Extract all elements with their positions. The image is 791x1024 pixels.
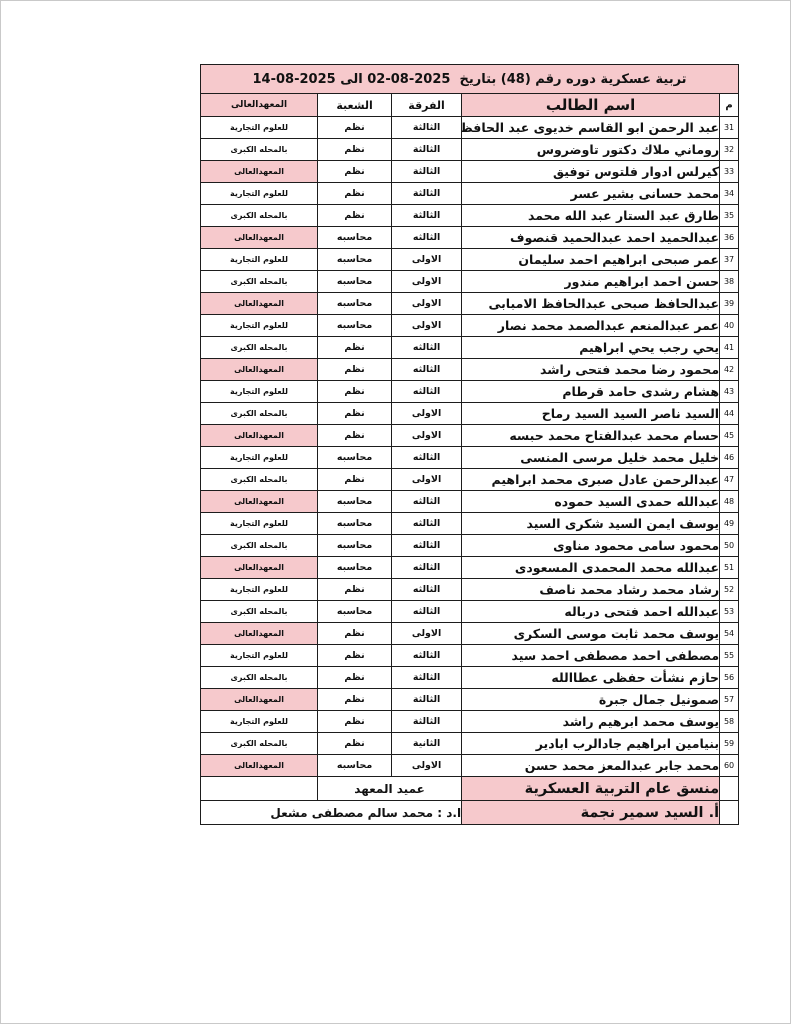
section-cell: نظم — [318, 645, 392, 667]
grade-cell: الاولى — [392, 271, 462, 293]
student-name-cell: محمود سامى محمود مناوى — [462, 535, 720, 557]
institute-cell: بالمحله الكبرى — [201, 205, 318, 227]
table-row: 53 عبدالله احمد فتحى درباله الثالثه محاس… — [201, 601, 739, 623]
student-name-cell: عبدالحميد احمد عبدالحميد قنصوف — [462, 227, 720, 249]
row-number-cell: 33 — [720, 161, 739, 183]
institute-cell: للعلوم التجارية — [201, 645, 318, 667]
grade-cell: الثالثة — [392, 689, 462, 711]
student-name-cell: كيرلس ادوار فلتوس توفيق — [462, 161, 720, 183]
grade-cell: الثالثة — [392, 183, 462, 205]
institute-cell: للعلوم التجارية — [201, 381, 318, 403]
institute-cell: بالمحله الكبرى — [201, 469, 318, 491]
institute-cell: المعهدالعالى — [201, 227, 318, 249]
student-name-cell: عبدالله احمد فتحى درباله — [462, 601, 720, 623]
grade-cell: الاولى — [392, 425, 462, 447]
table-row: 33 كيرلس ادوار فلتوس توفيق الثالثة نظم ا… — [201, 161, 739, 183]
grade-cell: الاولى — [392, 249, 462, 271]
course-title-row: تربية عسكرية دوره رقم (48) بتاريخ 2025-0… — [201, 65, 739, 94]
student-name-cell: عمر عبدالمنعم عبدالصمد محمد نصار — [462, 315, 720, 337]
student-name-cell: خليل محمد خليل مرسى المنسى — [462, 447, 720, 469]
column-header-grade: الفرقة — [392, 94, 462, 117]
section-cell: نظم — [318, 139, 392, 161]
coordinator-name: أ. السيد سمير نجمة — [462, 801, 720, 825]
institute-cell: بالمحله الكبرى — [201, 733, 318, 755]
student-name-cell: يوسف محمد ابرهيم راشد — [462, 711, 720, 733]
section-cell: نظم — [318, 469, 392, 491]
grade-cell: الثالثه — [392, 513, 462, 535]
grade-cell: الثالثة — [392, 711, 462, 733]
grade-cell: الثالثه — [392, 601, 462, 623]
student-name-cell: مصطفى احمد مصطفى احمد سيد — [462, 645, 720, 667]
row-number-cell: 51 — [720, 557, 739, 579]
section-cell: محاسبه — [318, 557, 392, 579]
institute-cell: للعلوم التجارية — [201, 579, 318, 601]
section-cell: محاسبه — [318, 513, 392, 535]
grade-cell: الثالثة — [392, 139, 462, 161]
row-number-cell: 40 — [720, 315, 739, 337]
section-cell: محاسبه — [318, 293, 392, 315]
student-name-cell: حازم نشأت حفظى عطاالله — [462, 667, 720, 689]
student-name-cell: محمد حسانى بشير عسر — [462, 183, 720, 205]
column-header-section: الشعبة — [318, 94, 392, 117]
row-number-cell: 56 — [720, 667, 739, 689]
student-name-cell: يوسف محمد ثابت موسى السكرى — [462, 623, 720, 645]
section-cell: نظم — [318, 689, 392, 711]
section-cell: نظم — [318, 425, 392, 447]
row-number-cell: 44 — [720, 403, 739, 425]
section-cell: محاسبه — [318, 755, 392, 777]
grade-cell: الاولى — [392, 469, 462, 491]
institute-cell: المعهدالعالى — [201, 689, 318, 711]
table-row: 57 صمونيل جمال جبرة الثالثة نظم المعهدال… — [201, 689, 739, 711]
institute-cell: للعلوم التجارية — [201, 249, 318, 271]
table-row: 49 يوسف ايمن السيد شكرى السيد الثالثه مح… — [201, 513, 739, 535]
grade-cell: الثانية — [392, 733, 462, 755]
student-name-cell: عبدالرحمن عادل صبرى محمد ابراهيم — [462, 469, 720, 491]
table-row: 45 حسام محمد عبدالفتاح محمد حبسه الاولى … — [201, 425, 739, 447]
table-row: 37 عمر صبحى ابراهيم احمد سليمان الاولى م… — [201, 249, 739, 271]
row-number-cell: 34 — [720, 183, 739, 205]
student-name-cell: عبد الرحمن ابو القاسم خديوى عبد الحافظ — [462, 117, 720, 139]
grade-cell: الثالثه — [392, 337, 462, 359]
institute-cell: المعهدالعالى — [201, 161, 318, 183]
table-row: 50 محمود سامى محمود مناوى الثالثه محاسبه… — [201, 535, 739, 557]
grade-cell: الثالثة — [392, 205, 462, 227]
institute-cell: للعلوم التجارية — [201, 711, 318, 733]
row-number-cell: 37 — [720, 249, 739, 271]
institute-cell: المعهدالعالى — [201, 293, 318, 315]
section-cell: محاسبه — [318, 249, 392, 271]
grade-cell: الثالثه — [392, 447, 462, 469]
institute-cell: بالمحله الكبرى — [201, 139, 318, 161]
row-number-cell: 36 — [720, 227, 739, 249]
grade-cell: الثالثة — [392, 667, 462, 689]
row-number-cell: 48 — [720, 491, 739, 513]
table-row: 55 مصطفى احمد مصطفى احمد سيد الثالثه نظم… — [201, 645, 739, 667]
row-number-cell: 47 — [720, 469, 739, 491]
student-name-cell: روماني ملاك دكتور تاوضروس — [462, 139, 720, 161]
row-number-cell: 55 — [720, 645, 739, 667]
footer-institute-cell-empty — [201, 777, 318, 801]
grade-cell: الثالثه — [392, 381, 462, 403]
document-page: تربية عسكرية دوره رقم (48) بتاريخ 2025-0… — [0, 0, 791, 1024]
institute-cell: بالمحله الكبرى — [201, 667, 318, 689]
grade-cell: الاولى — [392, 623, 462, 645]
footer-row-names: أ. السيد سمير نجمة ا.د : محمد سالم مصطفى… — [201, 801, 739, 825]
section-cell: نظم — [318, 579, 392, 601]
institute-cell: بالمحله الكبرى — [201, 535, 318, 557]
column-header-student-name: اسم الطالب — [462, 94, 720, 117]
institute-cell: بالمحله الكبرى — [201, 403, 318, 425]
table-row: 44 السيد ناصر السيد السيد رماح الاولى نظ… — [201, 403, 739, 425]
table-row: 34 محمد حسانى بشير عسر الثالثة نظم للعلو… — [201, 183, 739, 205]
row-number-cell: 57 — [720, 689, 739, 711]
row-number-cell: 53 — [720, 601, 739, 623]
student-name-cell: يوسف ايمن السيد شكرى السيد — [462, 513, 720, 535]
grade-cell: الثالثة — [392, 117, 462, 139]
institute-cell: للعلوم التجارية — [201, 447, 318, 469]
student-name-cell: حسام محمد عبدالفتاح محمد حبسه — [462, 425, 720, 447]
student-name-cell: رشاد محمد رشاد محمد ناصف — [462, 579, 720, 601]
table-row: 36 عبدالحميد احمد عبدالحميد قنصوف الثالث… — [201, 227, 739, 249]
institute-cell: بالمحله الكبرى — [201, 601, 318, 623]
table-row: 42 محمود رضا محمد فتحى راشد الثالثه نظم … — [201, 359, 739, 381]
row-number-cell: 49 — [720, 513, 739, 535]
row-number-cell: 50 — [720, 535, 739, 557]
section-cell: محاسبه — [318, 315, 392, 337]
dean-name: ا.د : محمد سالم مصطفى مشعل — [201, 801, 462, 825]
student-name-cell: عمر صبحى ابراهيم احمد سليمان — [462, 249, 720, 271]
section-cell: نظم — [318, 403, 392, 425]
row-number-cell: 59 — [720, 733, 739, 755]
table-row: 54 يوسف محمد ثابت موسى السكرى الاولى نظم… — [201, 623, 739, 645]
table-row: 40 عمر عبدالمنعم عبدالصمد محمد نصار الاو… — [201, 315, 739, 337]
grade-cell: الثالثه — [392, 579, 462, 601]
institute-cell: المعهدالعالى — [201, 359, 318, 381]
institute-cell: بالمحله الكبرى — [201, 337, 318, 359]
dean-title: عميد المعهد — [318, 777, 462, 801]
student-name-cell: عبدالله محمد المحمدى المسعودى — [462, 557, 720, 579]
section-cell: نظم — [318, 381, 392, 403]
section-cell: محاسبه — [318, 535, 392, 557]
table-row: 60 محمد جابر عبدالمعز محمد حسن الاولى مح… — [201, 755, 739, 777]
row-number-cell: 35 — [720, 205, 739, 227]
institute-cell: المعهدالعالى — [201, 623, 318, 645]
row-number-cell: 32 — [720, 139, 739, 161]
student-name-cell: طارق عبد الستار عبد الله محمد — [462, 205, 720, 227]
table-row: 39 عبدالحافظ صبحى عبدالحافظ الامبابى الا… — [201, 293, 739, 315]
section-cell: محاسبه — [318, 227, 392, 249]
student-name-cell: عبدالله حمدى السيد حموده — [462, 491, 720, 513]
table-row: 35 طارق عبد الستار عبد الله محمد الثالثة… — [201, 205, 739, 227]
grade-cell: الثالثه — [392, 227, 462, 249]
section-cell: نظم — [318, 337, 392, 359]
row-number-cell: 42 — [720, 359, 739, 381]
student-name-cell: محمود رضا محمد فتحى راشد — [462, 359, 720, 381]
row-number-cell: 31 — [720, 117, 739, 139]
student-name-cell: محمد جابر عبدالمعز محمد حسن — [462, 755, 720, 777]
institute-cell: المعهدالعالى — [201, 755, 318, 777]
table-row: 59 بنيامين ابراهيم جادالرب ابادير الثاني… — [201, 733, 739, 755]
table-row: 51 عبدالله محمد المحمدى المسعودى الثالثه… — [201, 557, 739, 579]
institute-cell: للعلوم التجارية — [201, 183, 318, 205]
institute-cell: للعلوم التجارية — [201, 513, 318, 535]
row-number-cell: 46 — [720, 447, 739, 469]
grade-cell: الاولى — [392, 755, 462, 777]
section-cell: نظم — [318, 733, 392, 755]
course-title: تربية عسكرية دوره رقم (48) بتاريخ 2025-0… — [201, 65, 739, 94]
table-row: 31 عبد الرحمن ابو القاسم خديوى عبد الحاف… — [201, 117, 739, 139]
institute-cell: المعهدالعالى — [201, 557, 318, 579]
table-row: 32 روماني ملاك دكتور تاوضروس الثالثة نظم… — [201, 139, 739, 161]
section-cell: محاسبه — [318, 271, 392, 293]
section-cell: نظم — [318, 623, 392, 645]
section-cell: محاسبه — [318, 447, 392, 469]
table-row: 46 خليل محمد خليل مرسى المنسى الثالثه مح… — [201, 447, 739, 469]
student-rows: 31 عبد الرحمن ابو القاسم خديوى عبد الحاف… — [201, 117, 739, 777]
row-number-cell: 58 — [720, 711, 739, 733]
table-row: 48 عبدالله حمدى السيد حموده الثالثه محاس… — [201, 491, 739, 513]
section-cell: محاسبه — [318, 491, 392, 513]
grade-cell: الاولى — [392, 293, 462, 315]
row-number-cell: 52 — [720, 579, 739, 601]
row-number-cell: 54 — [720, 623, 739, 645]
student-name-cell: بنيامين ابراهيم جادالرب ابادير — [462, 733, 720, 755]
section-cell: محاسبه — [318, 601, 392, 623]
institute-cell: المعهدالعالى — [201, 425, 318, 447]
column-header-institute: المعهدالعالى — [201, 94, 318, 117]
section-cell: نظم — [318, 183, 392, 205]
student-name-cell: السيد ناصر السيد السيد رماح — [462, 403, 720, 425]
grade-cell: الثالثه — [392, 535, 462, 557]
table-row: 56 حازم نشأت حفظى عطاالله الثالثة نظم با… — [201, 667, 739, 689]
footer-number-cell-empty — [720, 801, 739, 825]
table-row: 58 يوسف محمد ابرهيم راشد الثالثة نظم للع… — [201, 711, 739, 733]
row-number-cell: 41 — [720, 337, 739, 359]
section-cell: نظم — [318, 117, 392, 139]
column-header-number: م — [720, 94, 739, 117]
column-header-row: م اسم الطالب الفرقة الشعبة المعهدالعالى — [201, 94, 739, 117]
grade-cell: الثالثه — [392, 645, 462, 667]
military-education-roster-table: تربية عسكرية دوره رقم (48) بتاريخ 2025-0… — [200, 64, 739, 825]
table-row: 38 حسن احمد ابراهيم مندور الاولى محاسبه … — [201, 271, 739, 293]
coordinator-title: منسق عام التربية العسكرية — [462, 777, 720, 801]
grade-cell: الثالثه — [392, 359, 462, 381]
student-name-cell: صمونيل جمال جبرة — [462, 689, 720, 711]
student-name-cell: عبدالحافظ صبحى عبدالحافظ الامبابى — [462, 293, 720, 315]
row-number-cell: 39 — [720, 293, 739, 315]
institute-cell: المعهدالعالى — [201, 491, 318, 513]
grade-cell: الثالثة — [392, 161, 462, 183]
grade-cell: الثالثه — [392, 491, 462, 513]
grade-cell: الاولى — [392, 403, 462, 425]
student-name-cell: يحي رجب يحي ابراهيم — [462, 337, 720, 359]
student-name-cell: حسن احمد ابراهيم مندور — [462, 271, 720, 293]
grade-cell: الاولى — [392, 315, 462, 337]
table-row: 52 رشاد محمد رشاد محمد ناصف الثالثه نظم … — [201, 579, 739, 601]
row-number-cell: 38 — [720, 271, 739, 293]
institute-cell: للعلوم التجارية — [201, 117, 318, 139]
row-number-cell: 45 — [720, 425, 739, 447]
row-number-cell: 43 — [720, 381, 739, 403]
grade-cell: الثالثه — [392, 557, 462, 579]
row-number-cell: 60 — [720, 755, 739, 777]
student-name-cell: هشام رشدى حامد قرطام — [462, 381, 720, 403]
table-row: 41 يحي رجب يحي ابراهيم الثالثه نظم بالمح… — [201, 337, 739, 359]
section-cell: نظم — [318, 711, 392, 733]
institute-cell: بالمحله الكبرى — [201, 271, 318, 293]
section-cell: نظم — [318, 667, 392, 689]
table-row: 43 هشام رشدى حامد قرطام الثالثه نظم للعل… — [201, 381, 739, 403]
table-row: 47 عبدالرحمن عادل صبرى محمد ابراهيم الاو… — [201, 469, 739, 491]
footer-row-titles: منسق عام التربية العسكرية عميد المعهد — [201, 777, 739, 801]
section-cell: نظم — [318, 161, 392, 183]
section-cell: نظم — [318, 359, 392, 381]
section-cell: نظم — [318, 205, 392, 227]
institute-cell: للعلوم التجارية — [201, 315, 318, 337]
footer-number-cell-empty — [720, 777, 739, 801]
